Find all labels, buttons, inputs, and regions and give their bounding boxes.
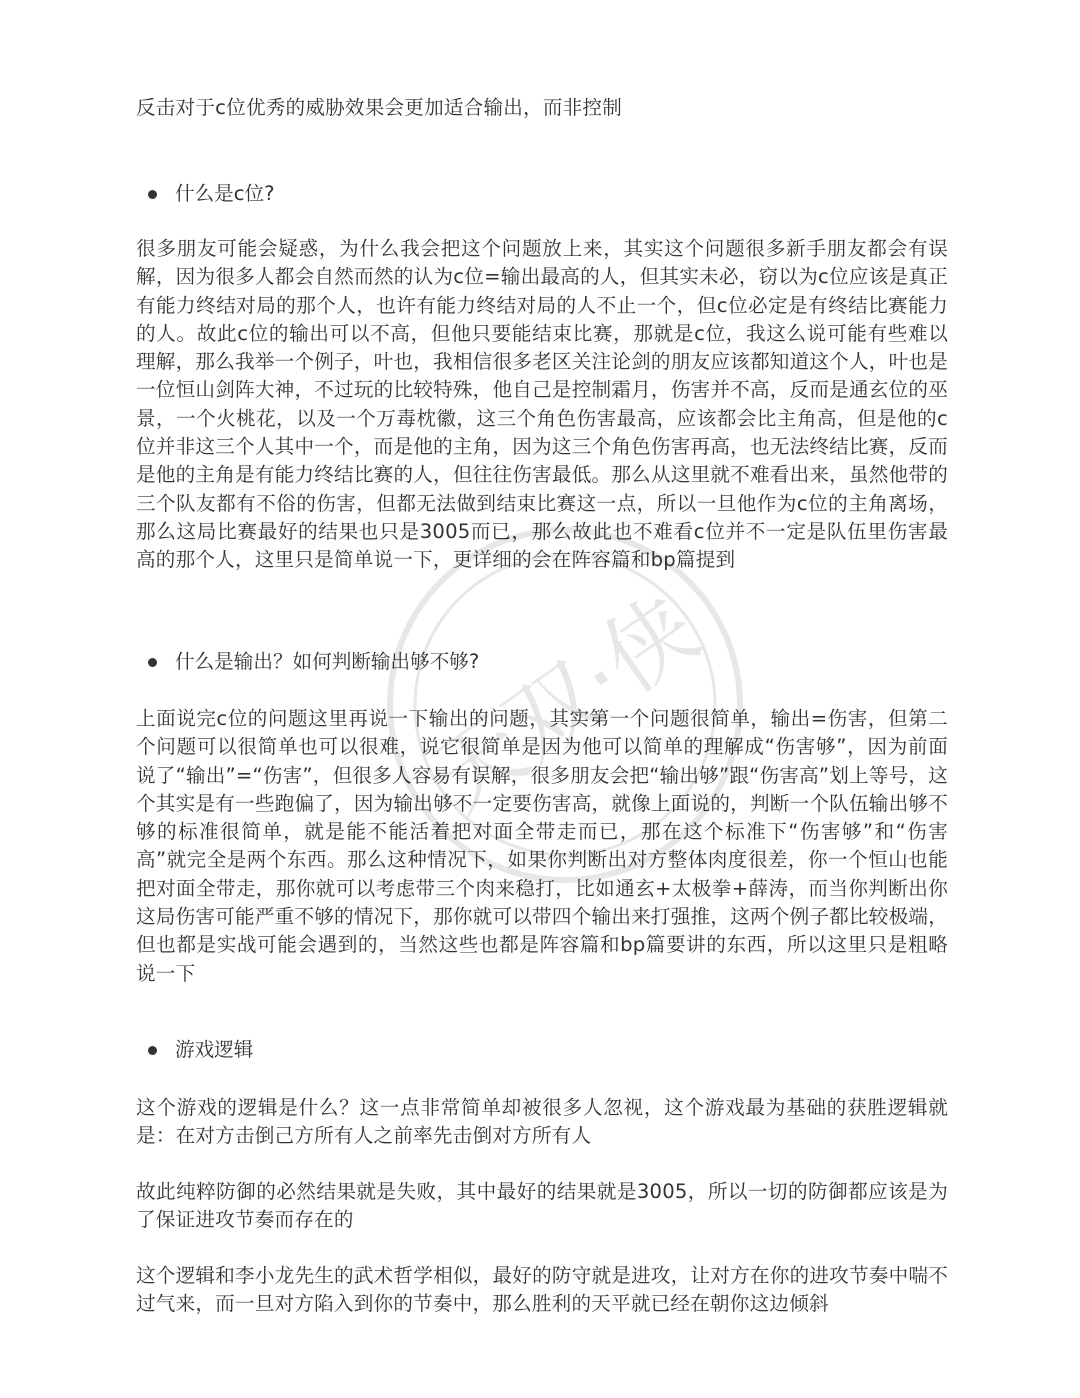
bullet-dot-icon [148,1046,157,1055]
paragraph: 这个逻辑和李小龙先生的武术哲学相似，最好的防守就是进攻，让对方在你的进攻节奏中喘… [136,1262,948,1319]
paragraph: 很多朋友可能会疑惑，为什么我会把这个问题放上来，其实这个问题很多新手朋友都会有误… [136,235,948,575]
paragraph: 上面说完c位的问题这里再说一下输出的问题，其实第一个问题很简单，输出=伤害，但第… [136,705,948,988]
section-heading-output: 什么是输出？如何判断输出够不够? [148,648,479,676]
section-heading-text: 什么是c位? [175,180,275,208]
bullet-dot-icon [148,658,157,667]
paragraph: 故此纯粹防御的必然结果就是失败，其中最好的结果就是3005，所以一切的防御都应该… [136,1178,948,1235]
intro-paragraph: 反击对于c位优秀的威胁效果会更加适合输出，而非控制 [136,94,948,122]
section-heading-text: 什么是输出？如何判断输出够不够? [175,648,479,676]
section-heading-game-logic: 游戏逻辑 [148,1036,253,1064]
paragraph: 这个游戏的逻辑是什么？这一点非常简单却被很多人忽视，这个游戏最为基础的获胜逻辑就… [136,1094,948,1151]
bullet-dot-icon [148,190,157,199]
section-heading-text: 游戏逻辑 [175,1036,253,1064]
section-heading-c-position: 什么是c位? [148,180,275,208]
